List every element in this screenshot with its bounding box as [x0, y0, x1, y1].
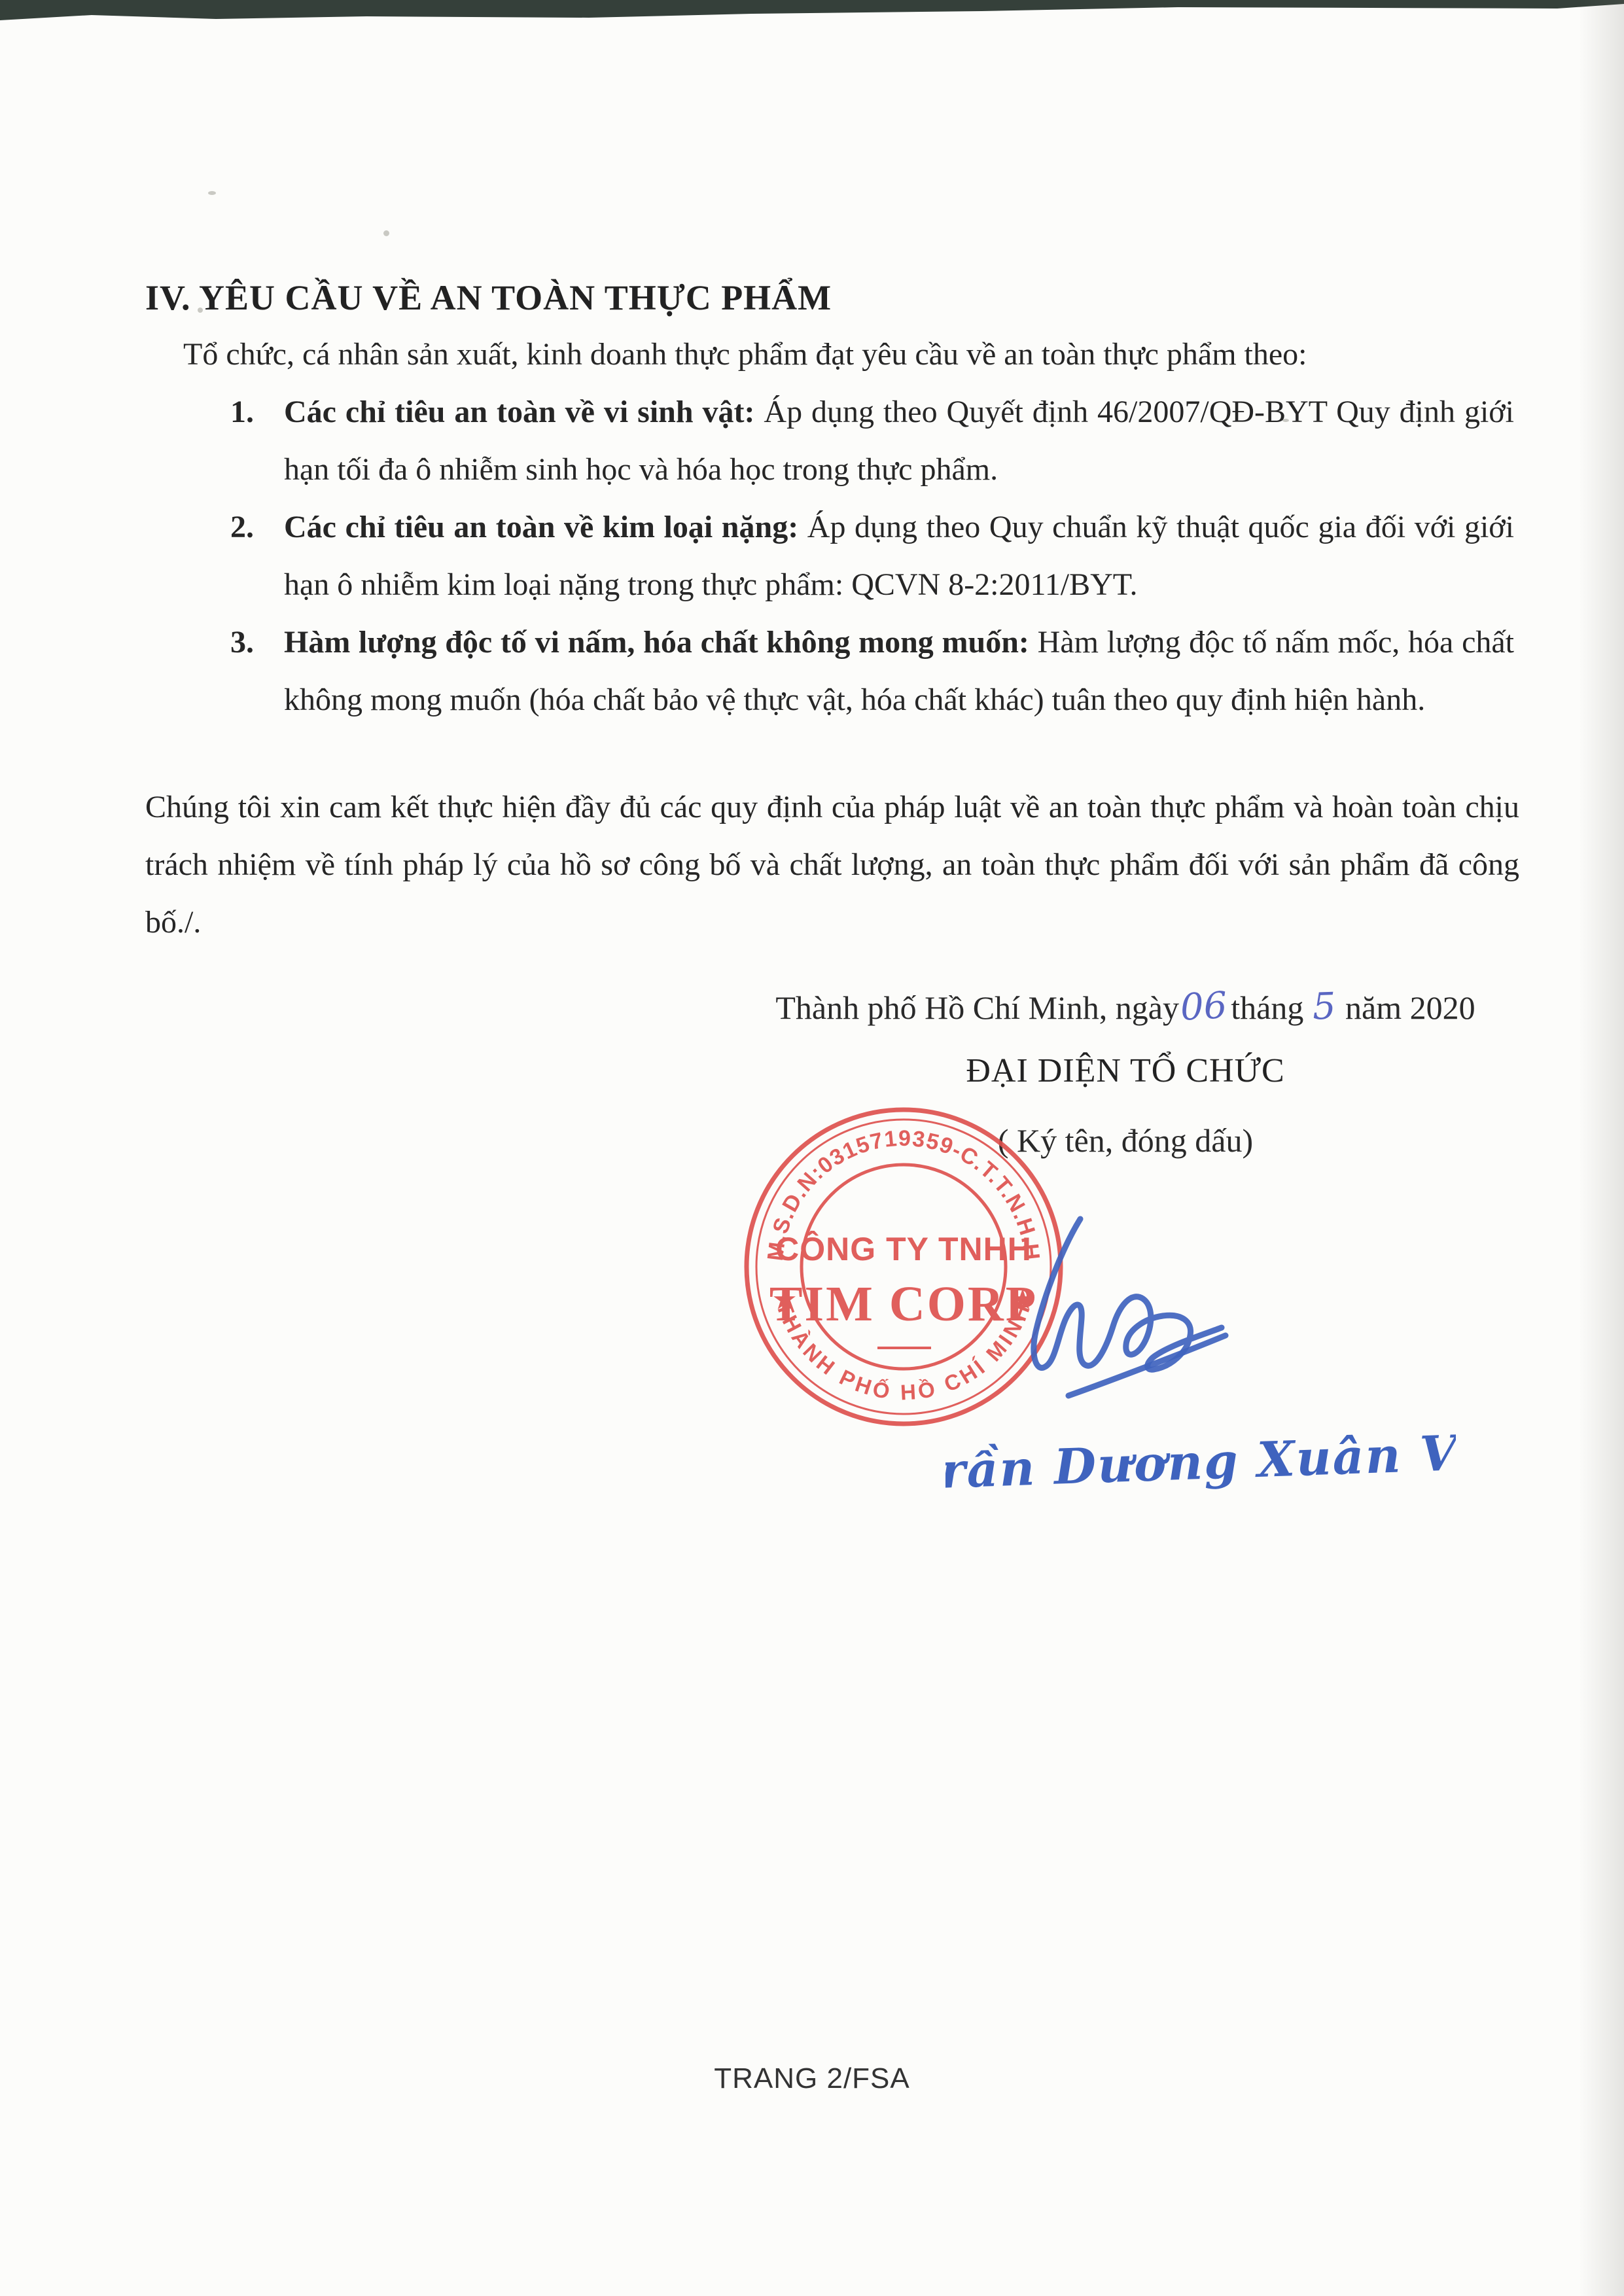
intro-paragraph: Tổ chức, cá nhân sản xuất, kinh doanh th…: [145, 326, 1526, 383]
month-label: tháng: [1231, 989, 1303, 1026]
item-lead-bold: Hàm lượng độc tố vi nấm, hóa chất không …: [284, 625, 1038, 660]
representative-title: ĐẠI DIỆN TỔ CHỨC: [707, 1051, 1544, 1090]
list-item: 1. Các chỉ tiêu an toàn về vi sinh vật:Á…: [230, 383, 1514, 499]
scan-edge-strip: [0, 0, 1624, 21]
section-heading: IV. YÊU CẦU VỀ AN TOÀN THỰC PHẨM: [145, 277, 832, 318]
item-number: 1.: [230, 383, 254, 441]
item-number: 2.: [230, 499, 254, 556]
list-item: 2. Các chỉ tiêu an toàn về kim loại nặng…: [230, 499, 1514, 614]
scan-shadow-right-edge: [1578, 0, 1624, 2296]
signature-name: Trần Dương Xuân Vũ: [945, 1413, 1456, 1511]
scan-speck: [208, 191, 216, 195]
item-lead-bold: Các chỉ tiêu an toàn về vi sinh vật:: [284, 395, 764, 429]
signature-flourish: [985, 1207, 1246, 1404]
page-footer: TRANG 2/FSA: [0, 2062, 1624, 2095]
signature-name-text: Trần Dương Xuân Vũ: [945, 1424, 1456, 1500]
commitment-paragraph: Chúng tôi xin cam kết thực hiện đầy đủ c…: [145, 779, 1519, 951]
handwritten-month: 5: [1312, 985, 1337, 1028]
scanned-document-page: IV. YÊU CẦU VỀ AN TOÀN THỰC PHẨM Tổ chức…: [0, 0, 1624, 2296]
list-item: 3. Hàm lượng độc tố vi nấm, hóa chất khô…: [230, 614, 1514, 729]
place-date-prefix: Thành phố Hồ Chí Minh, ngày: [775, 989, 1179, 1026]
place-date-line: Thành phố Hồ Chí Minh, ngày06tháng5năm 2…: [707, 985, 1544, 1028]
item-lead-bold: Các chỉ tiêu an toàn về kim loại nặng:: [284, 510, 807, 544]
year-label: năm 2020: [1345, 989, 1475, 1026]
item-number: 3.: [230, 614, 254, 671]
requirements-list: 1. Các chỉ tiêu an toàn về vi sinh vật:Á…: [230, 383, 1514, 729]
handwritten-day: 06: [1179, 984, 1228, 1029]
scan-speck: [383, 230, 389, 236]
